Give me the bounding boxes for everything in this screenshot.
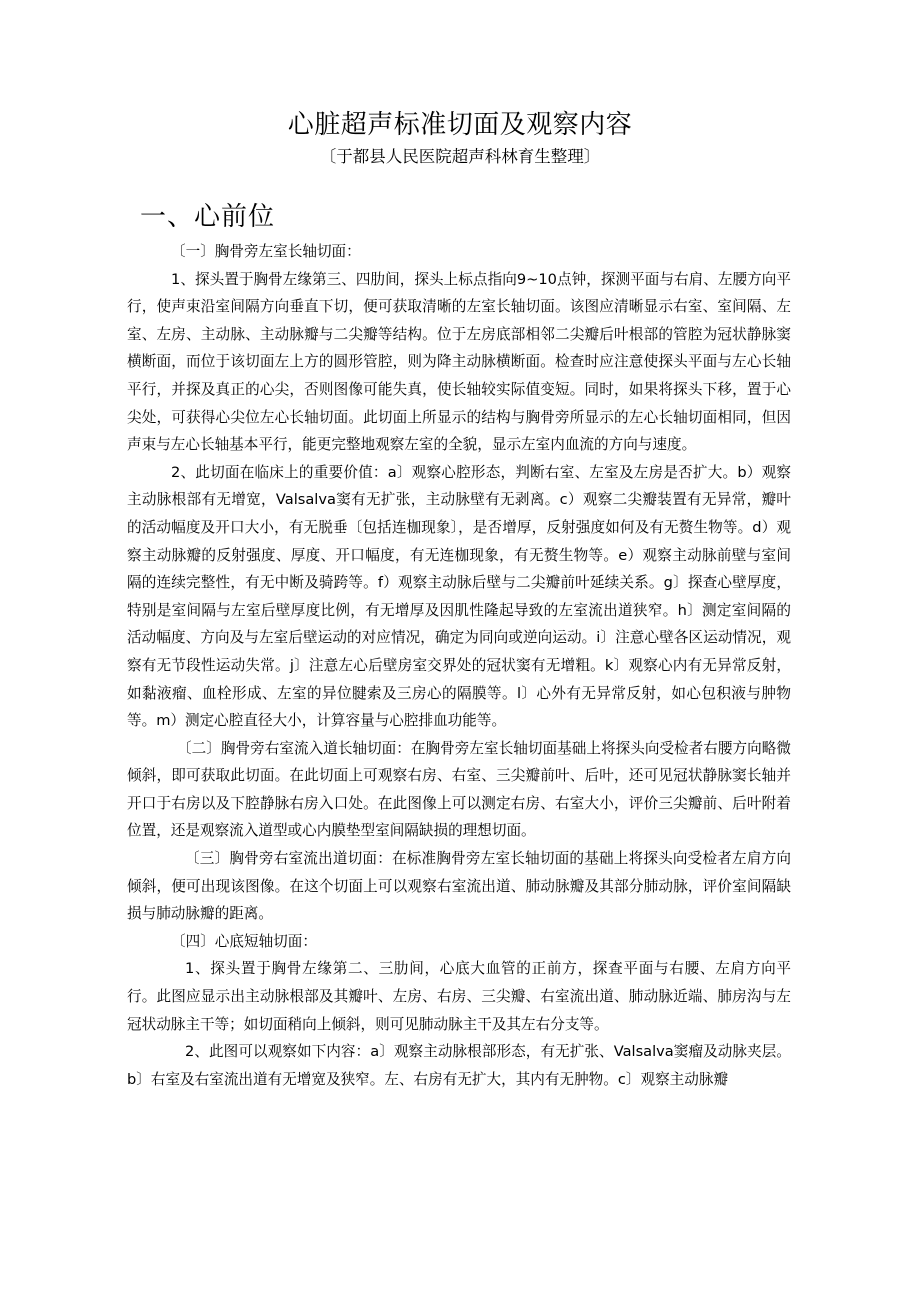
paragraph: 〔二〕胸骨旁右室流入道长轴切面：在胸骨旁左室长轴切面基础上将探头向受检者右腰方向… — [127, 735, 791, 845]
subsection-heading-1: 〔一〕胸骨旁左室长轴切面： — [127, 238, 791, 266]
paragraph: 〔三〕胸骨旁右室流出道切面：在标准胸骨旁左室长轴切面的基础上将探头向受检者左肩方… — [127, 845, 791, 928]
document-subtitle: 〔于都县人民医院超声科林育生整理〕 — [0, 145, 920, 169]
paragraph: 2、此图可以观察如下内容：a〕观察主动脉根部形态，有无扩张、Valsalva窦瘤… — [127, 1038, 791, 1093]
paragraph: 1、探头置于胸骨左缘第二、三肋间，心底大血管的正前方，探查平面与右腰、左肩方向平… — [127, 955, 791, 1038]
subsection-heading-4: 〔四〕心底短轴切面： — [127, 928, 791, 956]
document-body: 〔一〕胸骨旁左室长轴切面： 1、探头置于胸骨左缘第三、四肋间，探头上标点指向9~… — [127, 238, 791, 1093]
section-heading: 一、心前位 — [140, 199, 275, 235]
paragraph: 2、此切面在临床上的重要价值：a〕观察心腔形态，判断右室、左室及左房是否扩大。b… — [127, 459, 791, 735]
document-page: 心脏超声标准切面及观察内容 〔于都县人民医院超声科林育生整理〕 一、心前位 〔一… — [0, 0, 920, 1303]
document-title: 心脏超声标准切面及观察内容 — [0, 108, 920, 142]
paragraph: 1、探头置于胸骨左缘第三、四肋间，探头上标点指向9~10点钟，探测平面与右肩、左… — [127, 266, 791, 459]
